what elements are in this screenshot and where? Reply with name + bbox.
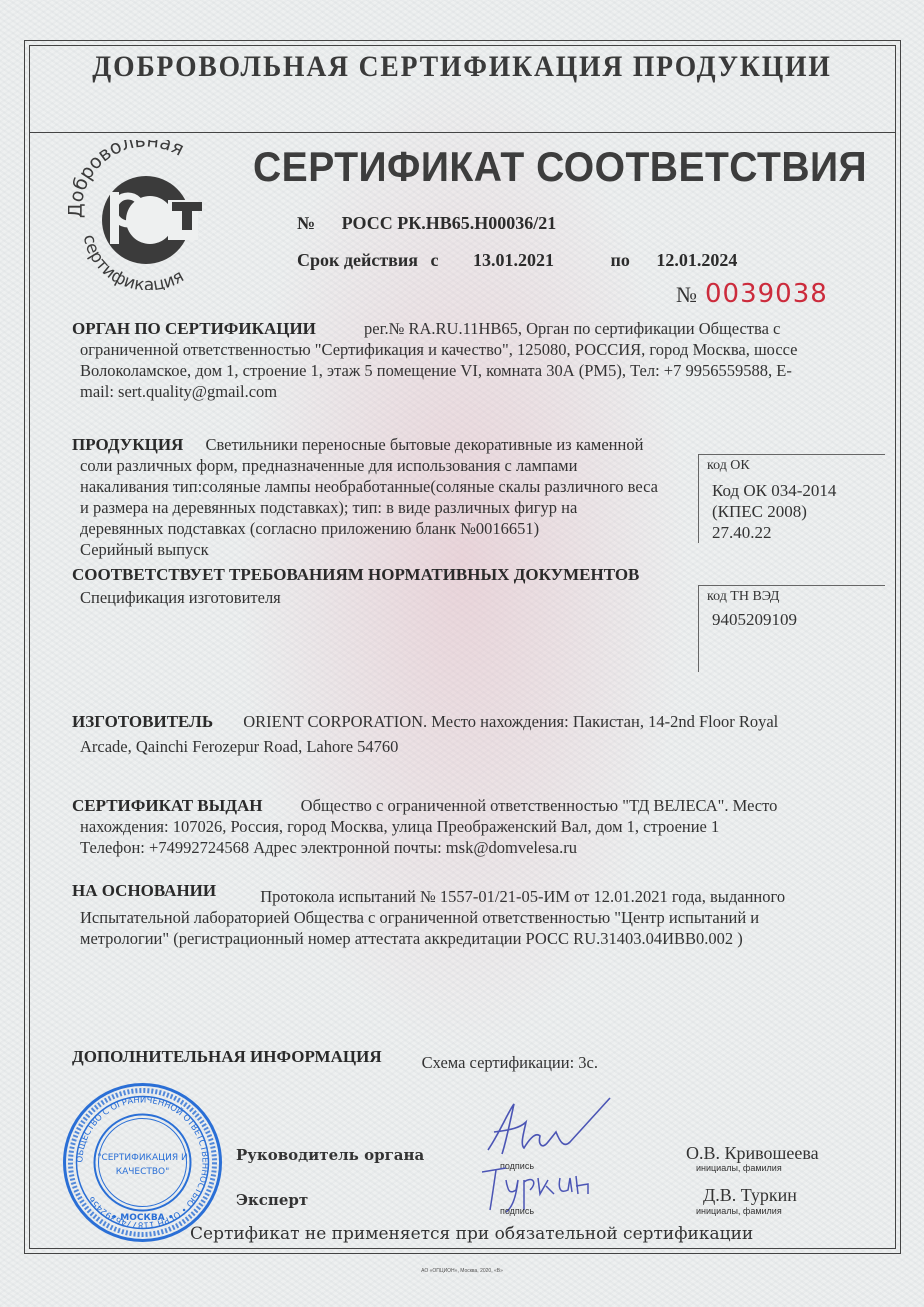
expert-name-caption: инициалы, фамилия (696, 1206, 782, 1216)
product-text: Светильники переносные бытовые декоратив… (205, 435, 643, 454)
basis-text: Протокола испытаний № 1557-01/21-05-ИМ о… (260, 887, 785, 906)
divider (29, 132, 896, 133)
product-section: ПРОДУКЦИЯ Светильники переносные бытовые… (72, 434, 692, 560)
certification-body-label: ОРГАН ПО СЕРТИФИКАЦИИ (72, 319, 316, 338)
additional-info-section: ДОПОЛНИТЕЛЬНАЯ ИНФОРМАЦИЯ Схема сертифик… (72, 1046, 598, 1067)
tnved-code-label: код ТН ВЭД (699, 586, 885, 605)
voluntary-notice: Сертификат не применяется при обязательн… (190, 1224, 753, 1244)
okpd-code-box: код ОК Код ОК 034-2014 (КПЕС 2008) 27.40… (698, 454, 885, 543)
form-serial-number: 0039038 (705, 279, 828, 309)
basis-section: НА ОСНОВАНИИ Протокола испытаний № 1557-… (72, 880, 882, 949)
certification-body-section: ОРГАН ПО СЕРТИФИКАЦИИ рег.№ RA.RU.11НВ65… (72, 318, 872, 402)
conformity-label: СООТВЕТСТВУЕТ ТРЕБОВАНИЯМ НОРМАТИВНЫХ ДО… (72, 565, 639, 585)
issued-to-text: Общество с ограниченной ответственностью… (301, 796, 778, 815)
product-line: деревянных подставках (согласно приложен… (72, 518, 692, 539)
additional-info-label: ДОПОЛНИТЕЛЬНАЯ ИНФОРМАЦИЯ (72, 1047, 382, 1066)
tnved-code-box: код ТН ВЭД 9405209109 (698, 585, 885, 672)
certification-body-text: рег.№ RA.RU.11НВ65, Орган по сертификаци… (364, 319, 780, 338)
certification-scheme: Схема сертификации: 3с. (422, 1053, 598, 1072)
certification-body-line: ограниченной ответственностью "Сертифика… (72, 339, 872, 360)
okpd-code-label: код ОК (699, 455, 885, 474)
conformity-value: Спецификация изготовителя (72, 587, 639, 608)
form-serial-row: №0039038 (676, 279, 828, 309)
valid-from-date: 13.01.2021 (473, 250, 554, 271)
basis-line: метрологии" (регистрационный номер аттес… (72, 928, 882, 949)
manufacturer-section: ИЗГОТОВИТЕЛЬ ORIENT CORPORATION. Место н… (72, 711, 882, 757)
head-name: О.В. Кривошеева (686, 1143, 819, 1164)
product-line: накаливания тип:соляные лампы необработа… (72, 476, 692, 497)
issued-to-label: СЕРТИФИКАТ ВЫДАН (72, 796, 263, 815)
printer-imprint: АО «ОПЦИОН», Москва, 2020, «В» (0, 1268, 924, 1274)
okpd-code-line: 27.40.22 (712, 522, 885, 543)
official-seal-icon: ОБЩЕСТВО С ОГРАНИЧЕННОЙ ОТВЕТСТВЕННОСТЬЮ… (60, 1080, 225, 1245)
svg-text:КАЧЕСТВО": КАЧЕСТВО" (116, 1167, 170, 1177)
expert-name: Д.В. Туркин (703, 1185, 797, 1206)
validity-label: Срок действия (297, 250, 418, 271)
head-signature-icon (480, 1092, 620, 1164)
issued-to-section: СЕРТИФИКАТ ВЫДАН Общество с ограниченной… (72, 795, 882, 858)
certification-body-line: mail: sert.quality@gmail.com (72, 381, 872, 402)
to-label: по (611, 250, 630, 271)
issued-to-line: нахождения: 107026, Россия, город Москва… (72, 816, 882, 837)
valid-to-date: 12.01.2024 (656, 250, 737, 271)
product-line: и размера на деревянных подставках); тип… (72, 497, 692, 518)
basis-label: НА ОСНОВАНИИ (72, 881, 216, 900)
certificate-number-row: № РОСС РК.НВ65.Н00036/21 (297, 213, 556, 234)
certification-type-title: ДОБРОВОЛЬНАЯ СЕРТИФИКАЦИЯ ПРОДУКЦИИ (37, 50, 887, 84)
head-name-caption: инициалы, фамилия (696, 1163, 782, 1173)
manufacturer-line: Arcade, Qainchi Ferozepur Road, Lahore 5… (72, 736, 882, 757)
serial-label: № (676, 282, 697, 307)
tnved-code-value: 9405209109 (699, 605, 885, 630)
from-label: с (431, 250, 439, 271)
expert-role-label: Эксперт (236, 1191, 308, 1209)
svg-text:• МОСКВА •: • МОСКВА • (111, 1213, 173, 1223)
svg-text:"СЕРТИФИКАЦИЯ И: "СЕРТИФИКАЦИЯ И (97, 1153, 187, 1163)
okpd-code-line: Код ОК 034-2014 (712, 480, 885, 501)
expert-signature-caption: подпись (500, 1206, 534, 1216)
product-line: соли различных форм, предназначенные для… (72, 455, 692, 476)
certificate-number: РОСС РК.НВ65.Н00036/21 (342, 213, 557, 233)
okpd-code-line: (КПЕС 2008) (712, 501, 885, 522)
manufacturer-label: ИЗГОТОВИТЕЛЬ (72, 712, 213, 731)
manufacturer-text: ORIENT CORPORATION. Место нахождения: Па… (243, 712, 778, 731)
number-label: № (297, 213, 315, 233)
head-role-label: Руководитель органа (236, 1146, 424, 1164)
certification-body-line: Волоколамское, дом 1, строение 1, этаж 5… (72, 360, 872, 381)
validity-row: Срок действия с 13.01.2021 по 12.01.2024 (297, 250, 737, 271)
expert-signature-icon (476, 1164, 606, 1214)
basis-line: Испытательной лабораторией Общества с ог… (72, 907, 882, 928)
certificate-title: СЕРТИФИКАТ СООТВЕТСТВИЯ (253, 143, 867, 191)
conformity-section: СООТВЕТСТВУЕТ ТРЕБОВАНИЯМ НОРМАТИВНЫХ ДО… (72, 565, 639, 608)
product-line: Серийный выпуск (72, 539, 692, 560)
rst-logo-icon: Добровольная сертификация (68, 140, 228, 290)
product-label: ПРОДУКЦИЯ (72, 435, 183, 454)
issued-to-line: Телефон: +74992724568 Адрес электронной … (72, 837, 882, 858)
